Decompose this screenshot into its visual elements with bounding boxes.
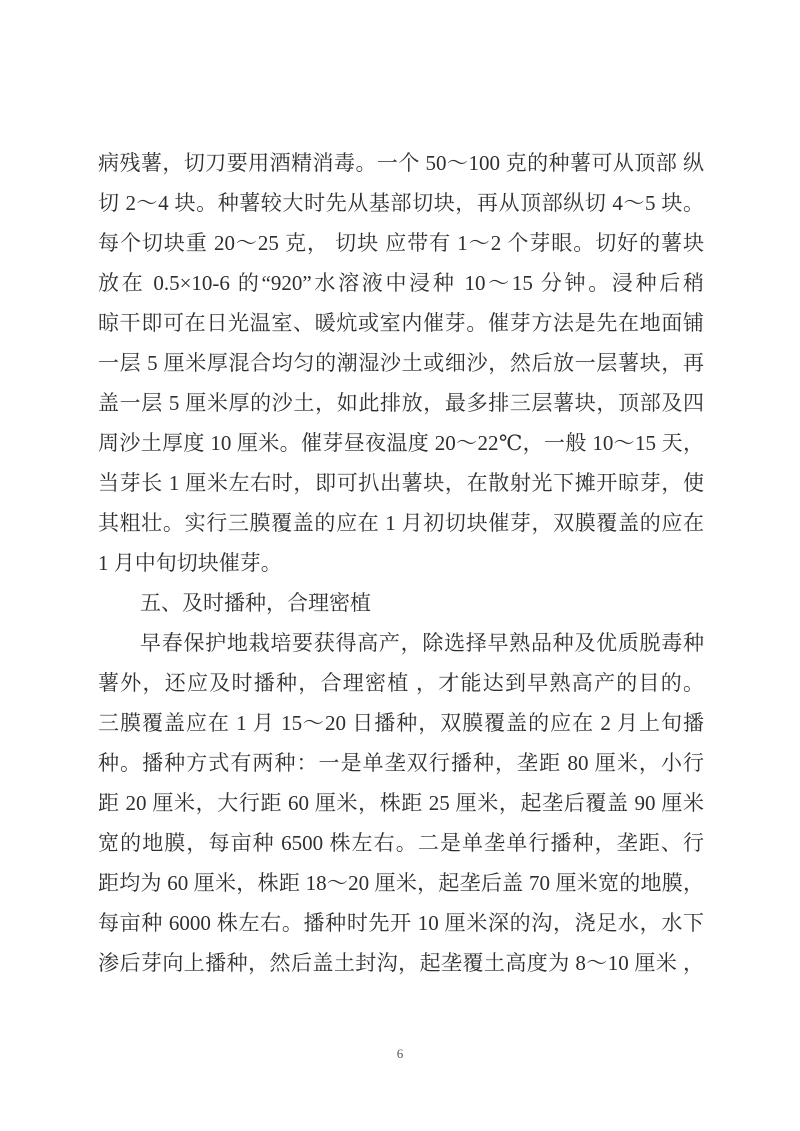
text-line: 晾干即可在日光温室、暖炕或室内催芽。催芽方法是先在地面铺 (98, 303, 704, 343)
text-line: 距均为 60 厘米，株距 18～20 厘米，起垄后盖 70 厘米宽的地膜， (98, 863, 704, 903)
text-line: 1 月中旬切块催芽。 (98, 543, 704, 583)
text-line: 当芽长 1 厘米左右时，即可扒出薯块，在散射光下摊开晾芽，使 (98, 463, 704, 503)
text-line: 距 20 厘米，大行距 60 厘米，株距 25 厘米，起垄后覆盖 90 厘米 (98, 783, 704, 823)
text-line: 切 2～4 块。种薯较大时先从基部切块，再从顶部纵切 4～5 块。 (98, 183, 704, 223)
text-line: 其粗壮。实行三膜覆盖的应在 1 月初切块催芽，双膜覆盖的应在 (98, 503, 704, 543)
page-number: 6 (0, 1044, 800, 1064)
text-line: 盖一层 5 厘米厚的沙土，如此排放，最多排三层薯块，顶部及四 (98, 383, 704, 423)
paragraph-timely-planting: 早春保护地栽培要获得高产，除选择早熟品种及优质脱毒种薯外，还应及时播种，合理密植… (98, 623, 704, 983)
text-line: 放在 0.5×10-6 的“920”水溶液中浸种 10～15 分钟。浸种后稍 (98, 263, 704, 303)
text-line: 每亩种 6000 株左右。播种时先开 10 厘米深的沟，浇足水，水下 (98, 903, 704, 943)
text-line: 渗后芽向上播种，然后盖土封沟，起垄覆土高度为 8～10 厘米 ， (98, 943, 704, 983)
text-line: 一层 5 厘米厚混合均匀的潮湿沙土或细沙，然后放一层薯块，再 (98, 343, 704, 383)
text-line: 种。播种方式有两种：一是单垄双行播种，垄距 80 厘米，小行 (98, 743, 704, 783)
text-block: 病残薯，切刀要用酒精消毒。一个 50～100 克的种薯可从顶部 纵切 2～4 块… (98, 143, 704, 983)
text-line: 宽的地膜，每亩种 6500 株左右。二是单垄单行播种，垄距、行 (98, 823, 704, 863)
text-line: 周沙土厚度 10 厘米。催芽昼夜温度 20～22℃，一般 10～15 天， (98, 423, 704, 463)
paragraph-seed-cutting-sprouting: 病残薯，切刀要用酒精消毒。一个 50～100 克的种薯可从顶部 纵切 2～4 块… (98, 143, 704, 583)
section-heading: 五、及时播种，合理密植 (98, 583, 704, 623)
text-line: 病残薯，切刀要用酒精消毒。一个 50～100 克的种薯可从顶部 纵 (98, 143, 704, 183)
document-page: 病残薯，切刀要用酒精消毒。一个 50～100 克的种薯可从顶部 纵切 2～4 块… (0, 0, 800, 1131)
text-line: 早春保护地栽培要获得高产，除选择早熟品种及优质脱毒种 (98, 623, 704, 663)
text-line: 每个切块重 20～25 克， 切块 应带有 1～2 个芽眼。切好的薯块 (98, 223, 704, 263)
text-line: 薯外，还应及时播种，合理密植 ，才能达到早熟高产的目的。 (98, 663, 704, 703)
text-line: 三膜覆盖应在 1 月 15～20 日播种，双膜覆盖的应在 2 月上旬播 (98, 703, 704, 743)
